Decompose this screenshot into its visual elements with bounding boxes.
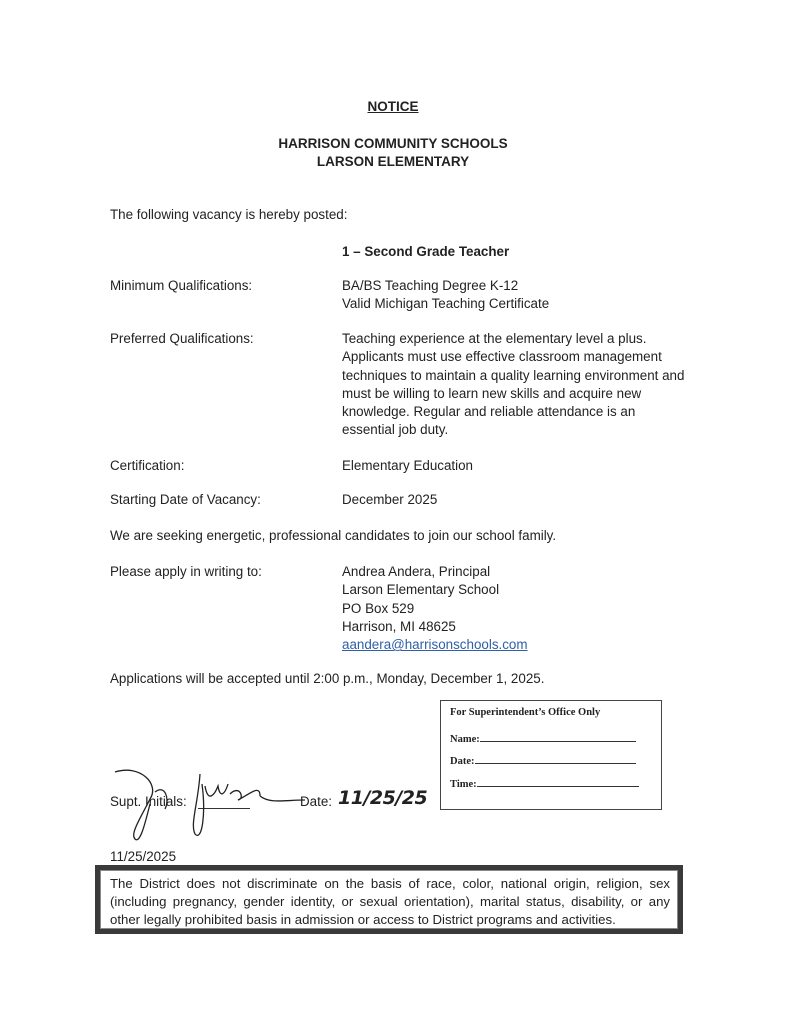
- date-label: Date:: [300, 794, 332, 809]
- signed-date: 11/25/25: [338, 787, 427, 809]
- office-box-title: For Superintendent’s Office Only: [450, 707, 600, 718]
- certification-value: Elementary Education: [342, 458, 473, 473]
- office-name-field: Name:: [450, 732, 636, 745]
- email-link[interactable]: aandera@harrisonschools.com: [342, 637, 528, 652]
- position-title: 1 – Second Grade Teacher: [342, 244, 509, 259]
- apply-label: Please apply in writing to:: [110, 564, 262, 579]
- district-name: HARRISON COMMUNITY SCHOOLS: [0, 136, 786, 151]
- preferred-qualifications-value: Teaching experience at the elementary le…: [342, 330, 684, 440]
- certification-label: Certification:: [110, 458, 184, 473]
- nondiscrimination-statement: The District does not discriminate on th…: [95, 865, 683, 934]
- start-date-label: Starting Date of Vacancy:: [110, 492, 261, 507]
- school-name: LARSON ELEMENTARY: [0, 154, 786, 169]
- superintendent-office-box: For Superintendent’s Office Only Name: D…: [440, 700, 662, 810]
- printed-date: 11/25/2025: [110, 849, 176, 864]
- deadline-text: Applications will be accepted until 2:00…: [110, 671, 544, 686]
- intro-text: The following vacancy is hereby posted:: [110, 207, 347, 222]
- office-date-field: Date:: [450, 754, 636, 767]
- office-time-field: Time:: [450, 777, 639, 790]
- minimum-qualifications-value: BA/BS Teaching Degree K-12 Valid Michiga…: [342, 277, 549, 314]
- notice-title: NOTICE: [0, 99, 786, 114]
- seeking-text: We are seeking energetic, professional c…: [110, 528, 556, 543]
- signature-scribble-icon: [110, 764, 310, 844]
- apply-address: Andrea Andera, Principal Larson Elementa…: [342, 563, 528, 654]
- preferred-qualifications-label: Preferred Qualifications:: [110, 331, 254, 346]
- start-date-value: December 2025: [342, 492, 437, 507]
- minimum-qualifications-label: Minimum Qualifications:: [110, 278, 252, 293]
